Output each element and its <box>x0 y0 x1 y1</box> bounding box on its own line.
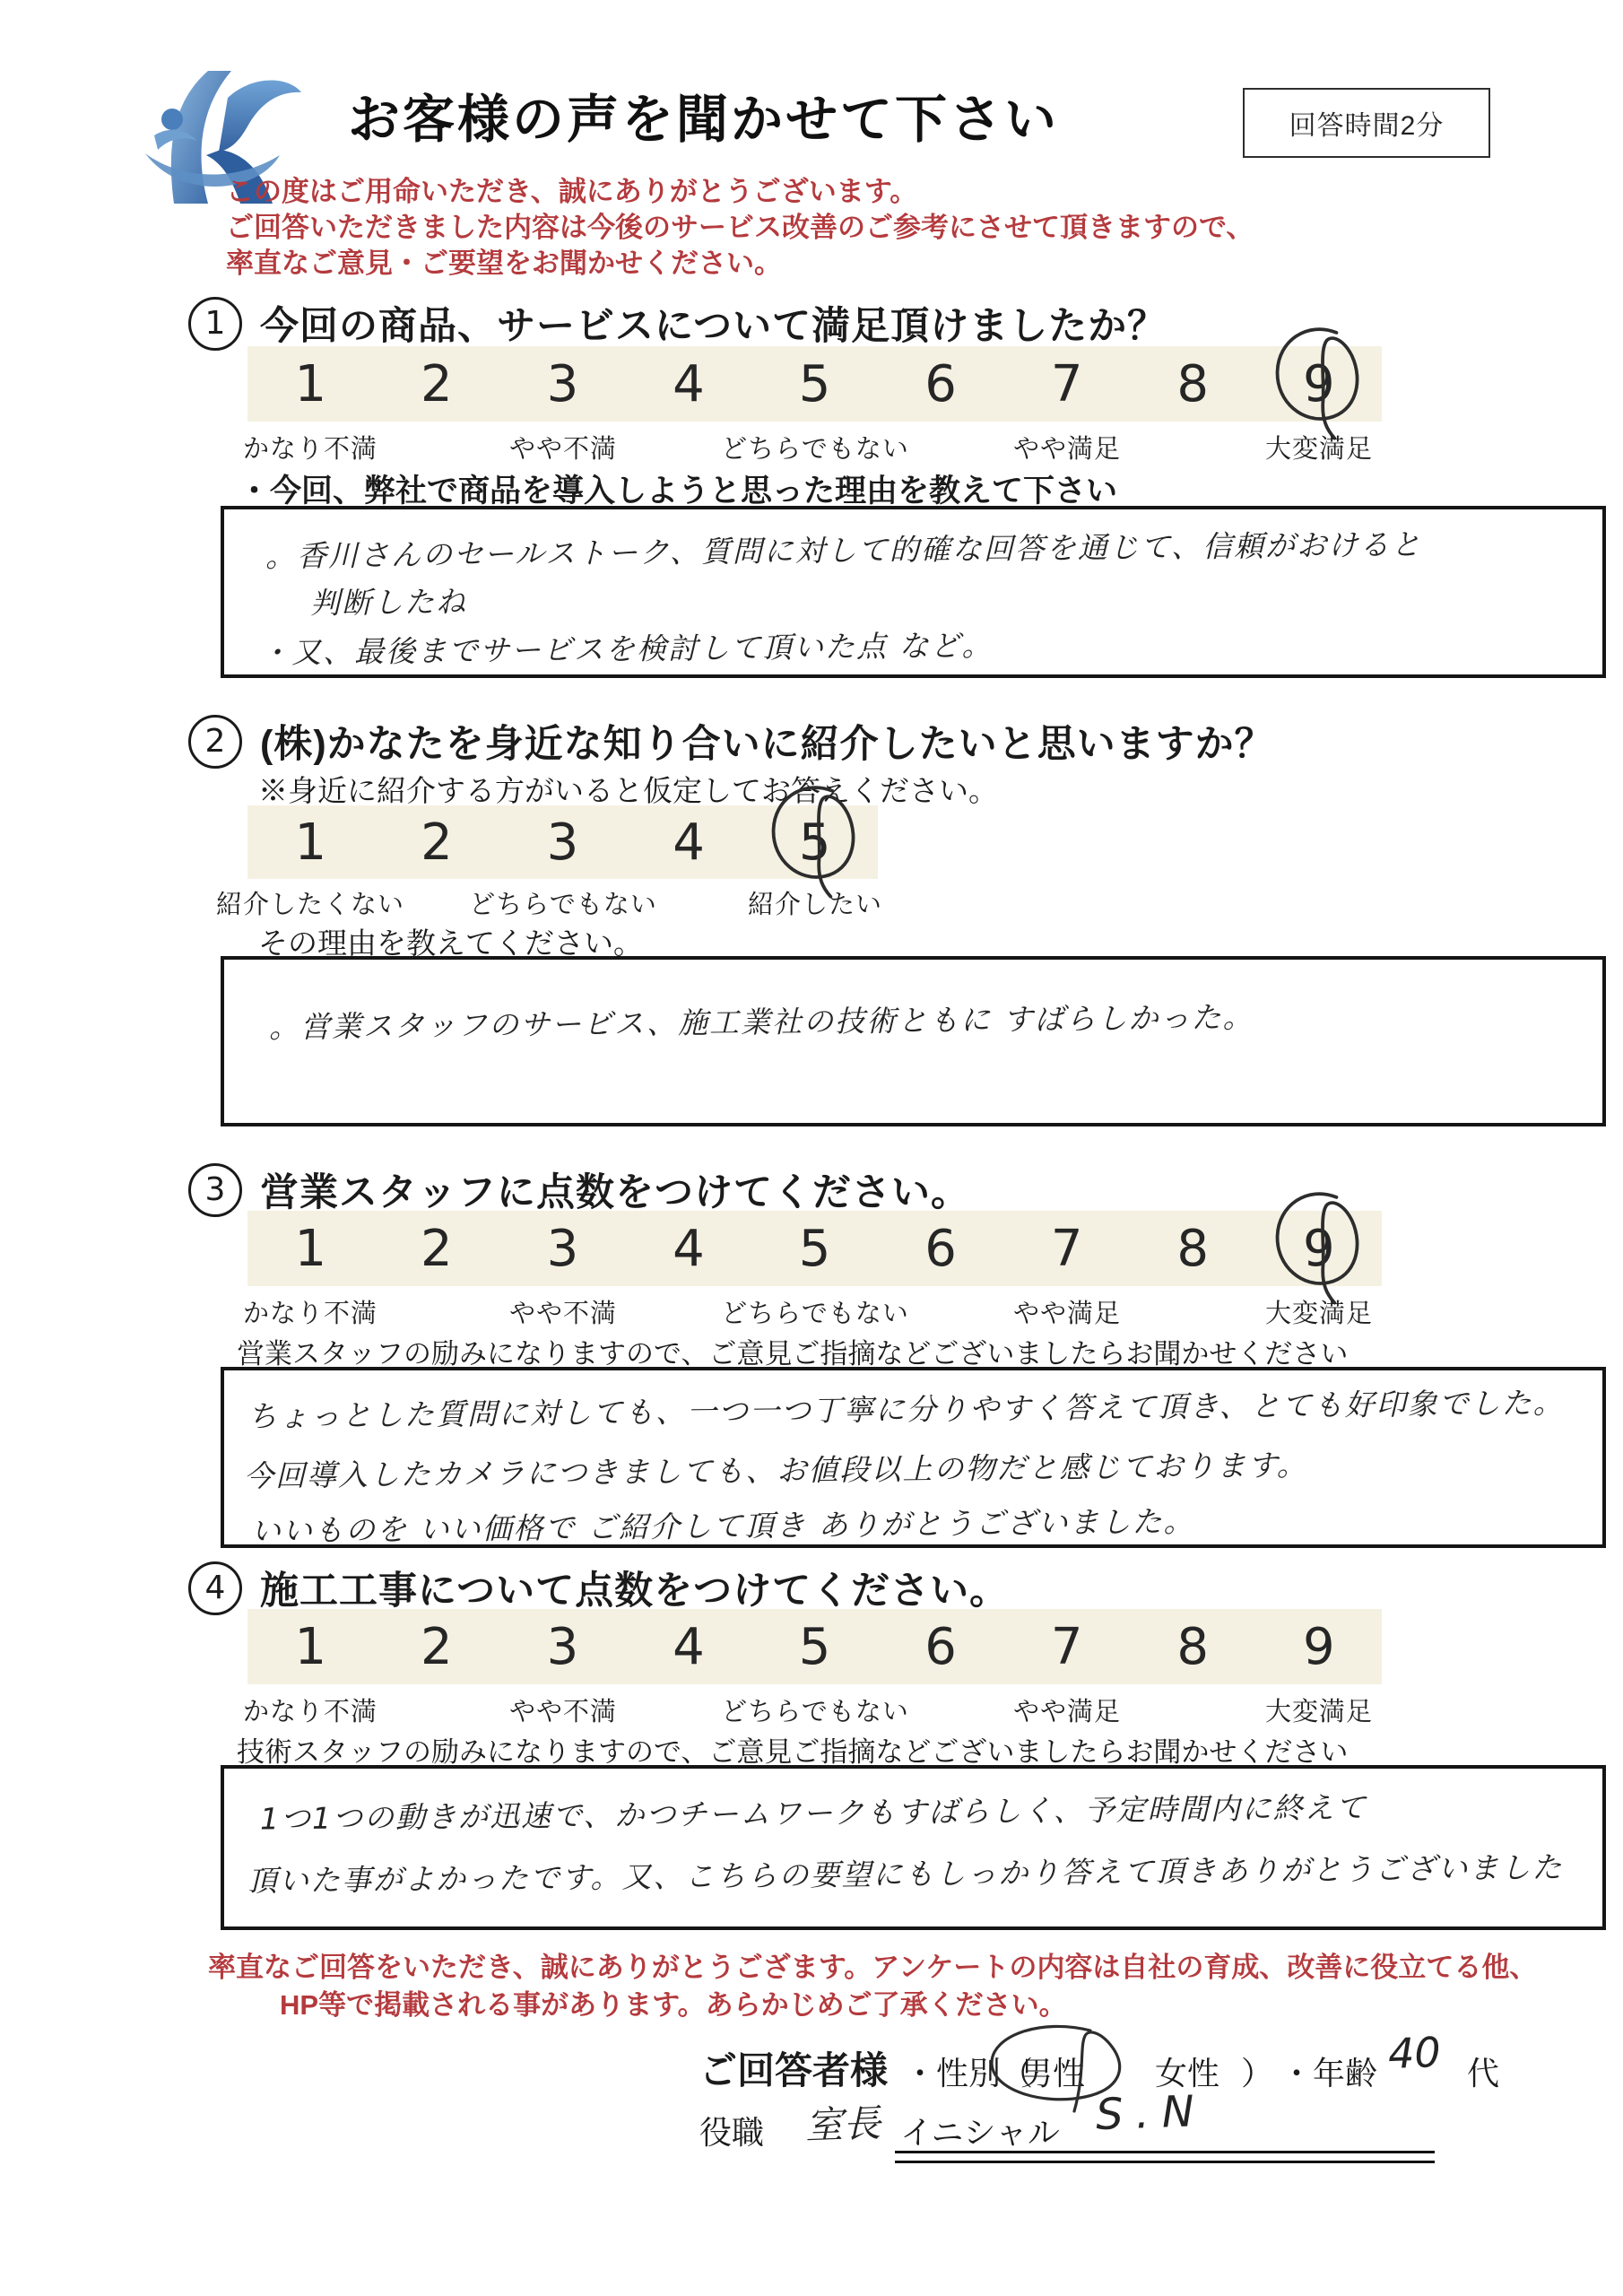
footer-notice-line: HP等で掲載される事があります。あらかじめご了承ください。 <box>280 1982 1067 2022</box>
q1-option-8[interactable]: 8 <box>1130 346 1256 422</box>
q1-option-7[interactable]: 7 <box>1003 346 1130 422</box>
q4-rating-scale: 1 2 3 4 5 6 7 8 9 <box>247 1609 1382 1684</box>
scale-label: やや不満 <box>509 429 617 465</box>
scale-label: 大変満足 <box>1265 1692 1373 1728</box>
q3-answer-box[interactable]: ちょっとした質問に対しても、一つ一つ丁寧に分りやすく答えて頂き、とても好印象でし… <box>221 1367 1606 1548</box>
question-number-badge: 3 <box>188 1163 242 1217</box>
age-value-handwritten: 40 <box>1387 2028 1441 2078</box>
question-3-heading: 3 営業スタッフに点数をつけてください。 <box>188 1162 970 1217</box>
scale-label: どちらでもない <box>721 1293 909 1330</box>
q2-option-4[interactable]: 4 <box>626 805 752 879</box>
intro-text: この度はご用命いただき、誠にありがとうございます。 ご回答いただきました内容は今… <box>226 174 1254 282</box>
question-text: 今回の商品、サービスについて満足頂けましたか？ <box>260 296 1167 351</box>
handwritten-answer: 1つ1つの動きが迅速で、かつチームワークもすばらしく、予定時間内に終えて <box>260 1785 1367 1839</box>
q4-option-9[interactable]: 9 <box>1256 1609 1383 1684</box>
q1-option-5[interactable]: 5 <box>751 346 878 422</box>
q2-rating-scale: 1 2 3 4 5 <box>247 805 878 879</box>
handwritten-answer: いいものを いい価格で ご紹介して頂き ありがとうございました。 <box>251 1498 1195 1550</box>
q3-helper-text: 営業スタッフの励みになりますので、ご意見ご指摘などございましたらお聞かせください <box>237 1331 1348 1371</box>
scale-label: かなり不満 <box>243 1692 378 1728</box>
age-unit: 代 <box>1467 2048 1499 2094</box>
q4-helper-text: 技術スタッフの励みになりますので、ご意見ご指摘などございましたらお聞かせください <box>237 1729 1348 1770</box>
page-title: お客様の声を聞かせて下さい <box>348 77 1059 152</box>
q4-option-5[interactable]: 5 <box>751 1609 878 1684</box>
handwritten-answer: 今回導入したカメラにつきましても、お値段以上の物だと感じております。 <box>244 1442 1308 1495</box>
question-1-heading: 1 今回の商品、サービスについて満足頂けましたか？ <box>188 296 1167 351</box>
question-number-badge: 4 <box>188 1561 242 1615</box>
position-value-handwritten: 室長 <box>804 2094 881 2151</box>
q4-option-7[interactable]: 7 <box>1003 1609 1130 1684</box>
q2-answer-box[interactable]: 。営業スタッフのサービス、施工業社の技術ともに すばらしかった。 <box>221 956 1606 1126</box>
scale-label: やや満足 <box>1013 1692 1121 1728</box>
q3-option-3[interactable]: 3 <box>499 1211 626 1286</box>
scale-label: 大変満足 <box>1265 1293 1373 1330</box>
signature-underline <box>895 2151 1435 2163</box>
question-text: (株)かなたを身近な知り合いに紹介したいと思いますか？ <box>260 714 1274 769</box>
q1-option-2[interactable]: 2 <box>374 346 500 422</box>
handwritten-answer: 。営業スタッフのサービス、施工業社の技術ともに すばらしかった。 <box>269 994 1254 1047</box>
handwritten-answer: 頂いた事がよかったです。又、こちらの要望にもしっかり答えて頂きありがとうございま… <box>247 1844 1564 1900</box>
question-text: 営業スタッフに点数をつけてください。 <box>260 1162 970 1217</box>
q2-option-5-selected[interactable]: 5 <box>751 805 878 879</box>
handwritten-answer: ちょっとした質問に対しても、一つ一つ丁寧に分りやすく答えて頂き、とても好印象でし… <box>247 1379 1565 1435</box>
q3-rating-scale: 1 2 3 4 5 6 7 8 9 <box>247 1211 1382 1286</box>
question-number-badge: 2 <box>188 715 242 769</box>
scale-label: どちらでもない <box>721 1692 909 1728</box>
q1-answer-box[interactable]: 。香川さんのセールストーク、質問に対して的確な回答を通じて、信頼がおけると 判断… <box>221 506 1606 678</box>
handwritten-answer: ・又、最後までサービスを検討して頂いた点 など。 <box>260 622 994 673</box>
q4-option-3[interactable]: 3 <box>499 1609 626 1684</box>
question-number-badge: 1 <box>188 297 242 351</box>
q4-option-2[interactable]: 2 <box>374 1609 500 1684</box>
q3-option-1[interactable]: 1 <box>247 1211 374 1286</box>
q1-option-9-selected[interactable]: 9 <box>1256 346 1383 422</box>
handwritten-answer: 判断したね <box>310 578 467 622</box>
q1-option-3[interactable]: 3 <box>499 346 626 422</box>
question-text: 施工工事について点数をつけてください。 <box>260 1561 1009 1615</box>
q3-scale-labels: かなり不満 やや不満 どちらでもない やや満足 大変満足 <box>247 1293 1382 1329</box>
scale-label: やや不満 <box>509 1692 617 1728</box>
q2-option-2[interactable]: 2 <box>374 805 500 879</box>
q4-answer-box[interactable]: 1つ1つの動きが迅速で、かつチームワークもすばらしく、予定時間内に終えて 頂いた… <box>221 1765 1606 1930</box>
intro-line: 率直なご意見・ご要望をお聞かせください。 <box>226 246 1254 282</box>
response-time-box: 回答時間2分 <box>1243 88 1490 158</box>
q3-option-4[interactable]: 4 <box>626 1211 752 1286</box>
q1-option-6[interactable]: 6 <box>878 346 1004 422</box>
survey-page: お客様の声を聞かせて下さい 回答時間2分 この度はご用命いただき、誠にありがとう… <box>0 0 1623 2296</box>
question-4-heading: 4 施工工事について点数をつけてください。 <box>188 1561 1009 1615</box>
scale-label: 紹介したくない <box>216 884 404 921</box>
q1-rating-scale: 1 2 3 4 5 6 7 8 9 <box>247 346 1382 422</box>
intro-line: この度はご用命いただき、誠にありがとうございます。 <box>226 174 1254 210</box>
q3-option-7[interactable]: 7 <box>1003 1211 1130 1286</box>
q1-option-1[interactable]: 1 <box>247 346 374 422</box>
q1-option-4[interactable]: 4 <box>626 346 752 422</box>
intro-line: ご回答いただきました内容は今後のサービス改善のご参考にさせて頂きますので、 <box>226 210 1254 246</box>
scale-label: かなり不満 <box>243 1293 378 1330</box>
q1-followup-label: ・今回、弊社で商品を導入しようと思った理由を教えて下さい <box>239 466 1117 511</box>
initial-value-handwritten: S.N <box>1095 2086 1208 2140</box>
q4-scale-labels: かなり不満 やや不満 どちらでもない やや満足 大変満足 <box>247 1692 1382 1727</box>
q4-option-1[interactable]: 1 <box>247 1609 374 1684</box>
q1-scale-labels: かなり不満 やや不満 どちらでもない やや満足 大変満足 <box>247 429 1382 465</box>
handwritten-answer: 。香川さんのセールストーク、質問に対して的確な回答を通じて、信頼がおけると <box>265 521 1422 576</box>
scale-label: 紹介したい <box>748 884 882 921</box>
q3-option-6[interactable]: 6 <box>878 1211 1004 1286</box>
q3-option-9-selected[interactable]: 9 <box>1256 1211 1383 1286</box>
scale-label: やや満足 <box>1013 429 1121 465</box>
scale-label: やや満足 <box>1013 1293 1121 1330</box>
q3-option-5[interactable]: 5 <box>751 1211 878 1286</box>
respondent-section-label: ご回答者様 <box>699 2041 888 2095</box>
scale-label: どちらでもない <box>721 429 909 465</box>
q4-option-6[interactable]: 6 <box>878 1609 1004 1684</box>
gender-paren-close: ） <box>1241 2048 1273 2094</box>
q2-option-3[interactable]: 3 <box>499 805 626 879</box>
q4-option-4[interactable]: 4 <box>626 1609 752 1684</box>
footer-notice-line: 率直なご回答をいただき、誠にありがとうござます。アンケートの内容は自社の育成、改… <box>208 1944 1537 1985</box>
q3-option-2[interactable]: 2 <box>374 1211 500 1286</box>
q2-option-1[interactable]: 1 <box>247 805 374 879</box>
question-2-heading: 2 (株)かなたを身近な知り合いに紹介したいと思いますか？ <box>188 714 1274 769</box>
scale-label: やや不満 <box>509 1293 617 1330</box>
age-label: ・年齢 <box>1280 2048 1377 2094</box>
initial-label: イニシャル <box>900 2108 1060 2153</box>
q2-note: ※身近に紹介する方がいると仮定してお答えください。 <box>258 768 998 810</box>
q4-option-8[interactable]: 8 <box>1130 1609 1256 1684</box>
scale-label: どちらでもない <box>469 884 657 921</box>
scale-label: かなり不満 <box>243 429 378 465</box>
q3-option-8[interactable]: 8 <box>1130 1211 1256 1286</box>
position-label: 役職 <box>699 2108 764 2153</box>
q2-scale-labels: 紹介したくない どちらでもない 紹介したい <box>247 884 878 920</box>
scale-label: 大変満足 <box>1265 429 1373 465</box>
